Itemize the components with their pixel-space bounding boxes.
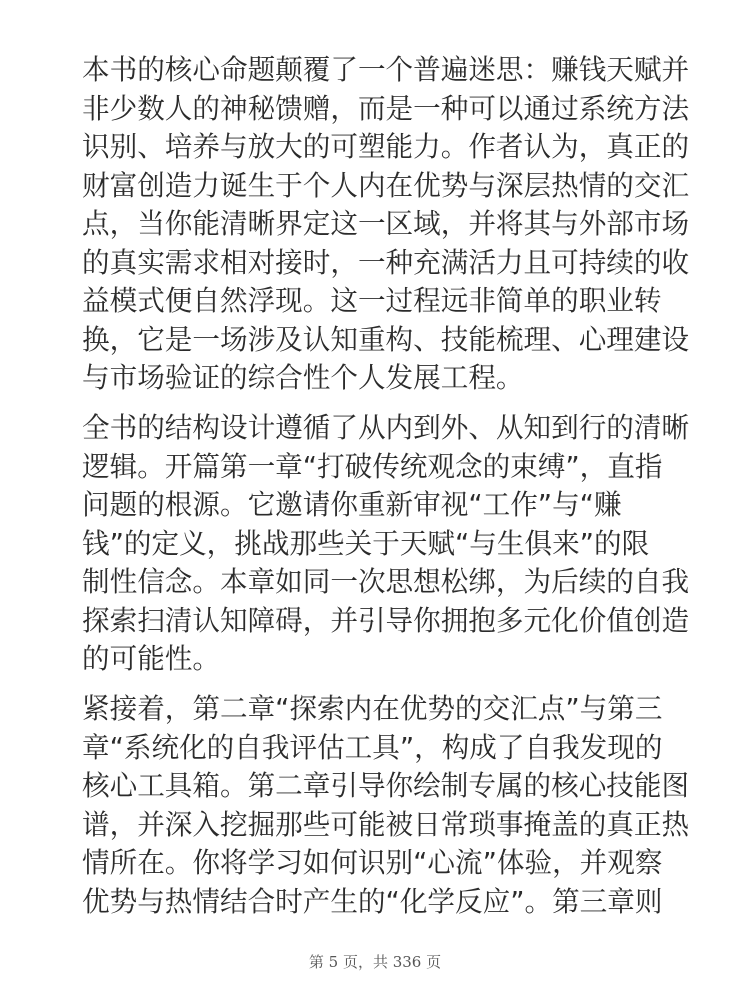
text-line: 全书的结构设计遵循了从内到外、从知到行的清晰 xyxy=(82,409,682,448)
paragraph-chapters-two-three: 紧接着，第二章“探索内在优势的交汇点”与第三 章“系统化的自我评估工具”，构成了… xyxy=(82,690,682,921)
text-line: 探索扫清认知障碍，并引导你拥抱多元化价值创造 xyxy=(82,602,682,641)
text-line: 情所在。你将学习如何识别“心流”体验，并观察 xyxy=(82,844,682,883)
text-line: 换，它是一场涉及认知重构、技能梳理、心理建设 xyxy=(82,321,682,360)
paragraph-core-thesis: 本书的核心命题颠覆了一个普遍迷思：赚钱天赋并 非少数人的神秘馈赠，而是一种可以通… xyxy=(82,51,682,398)
text-line: 章“系统化的自我评估工具”，构成了自我发现的 xyxy=(82,729,682,768)
text-line: 紧接着，第二章“探索内在优势的交汇点”与第三 xyxy=(82,690,682,729)
paragraph-book-structure: 全书的结构设计遵循了从内到外、从知到行的清晰 逻辑。开篇第一章“打破传统观念的束… xyxy=(82,409,682,679)
text-line: 点，当你能清晰界定这一区域，并将其与外部市场 xyxy=(82,205,682,244)
text-line: 问题的根源。它邀请你重新审视“工作”与“赚 xyxy=(82,486,682,525)
text-line: 逻辑。开篇第一章“打破传统观念的束缚”，直指 xyxy=(82,448,682,487)
text-line: 钱”的定义，挑战那些关于天赋“与生俱来”的限 xyxy=(82,525,682,564)
document-page: 本书的核心命题颠覆了一个普遍迷思：赚钱天赋并 非少数人的神秘馈赠，而是一种可以通… xyxy=(82,51,682,933)
text-line: 本书的核心命题颠覆了一个普遍迷思：赚钱天赋并 xyxy=(82,51,682,90)
text-line: 的可能性。 xyxy=(82,640,682,679)
text-line: 谱，并深入挖掘那些可能被日常琐事掩盖的真正热 xyxy=(82,806,682,845)
text-line: 识别、培养与放大的可塑能力。作者认为，真正的 xyxy=(82,128,682,167)
text-line: 制性信念。本章如同一次思想松绑，为后续的自我 xyxy=(82,563,682,602)
text-line: 优势与热情结合时产生的“化学反应”。第三章则 xyxy=(82,883,682,922)
text-line: 核心工具箱。第二章引导你绘制专属的核心技能图 xyxy=(82,767,682,806)
text-line: 财富创造力诞生于个人内在优势与深层热情的交汇 xyxy=(82,167,682,206)
text-line: 的真实需求相对接时，一种充满活力且可持续的收 xyxy=(82,244,682,283)
text-line: 非少数人的神秘馈赠，而是一种可以通过系统方法 xyxy=(82,90,682,129)
text-line: 与市场验证的综合性个人发展工程。 xyxy=(82,359,682,398)
page-indicator: 第 5 页，共 336 页 xyxy=(0,952,750,972)
text-line: 益模式便自然浮现。这一过程远非简单的职业转 xyxy=(82,282,682,321)
